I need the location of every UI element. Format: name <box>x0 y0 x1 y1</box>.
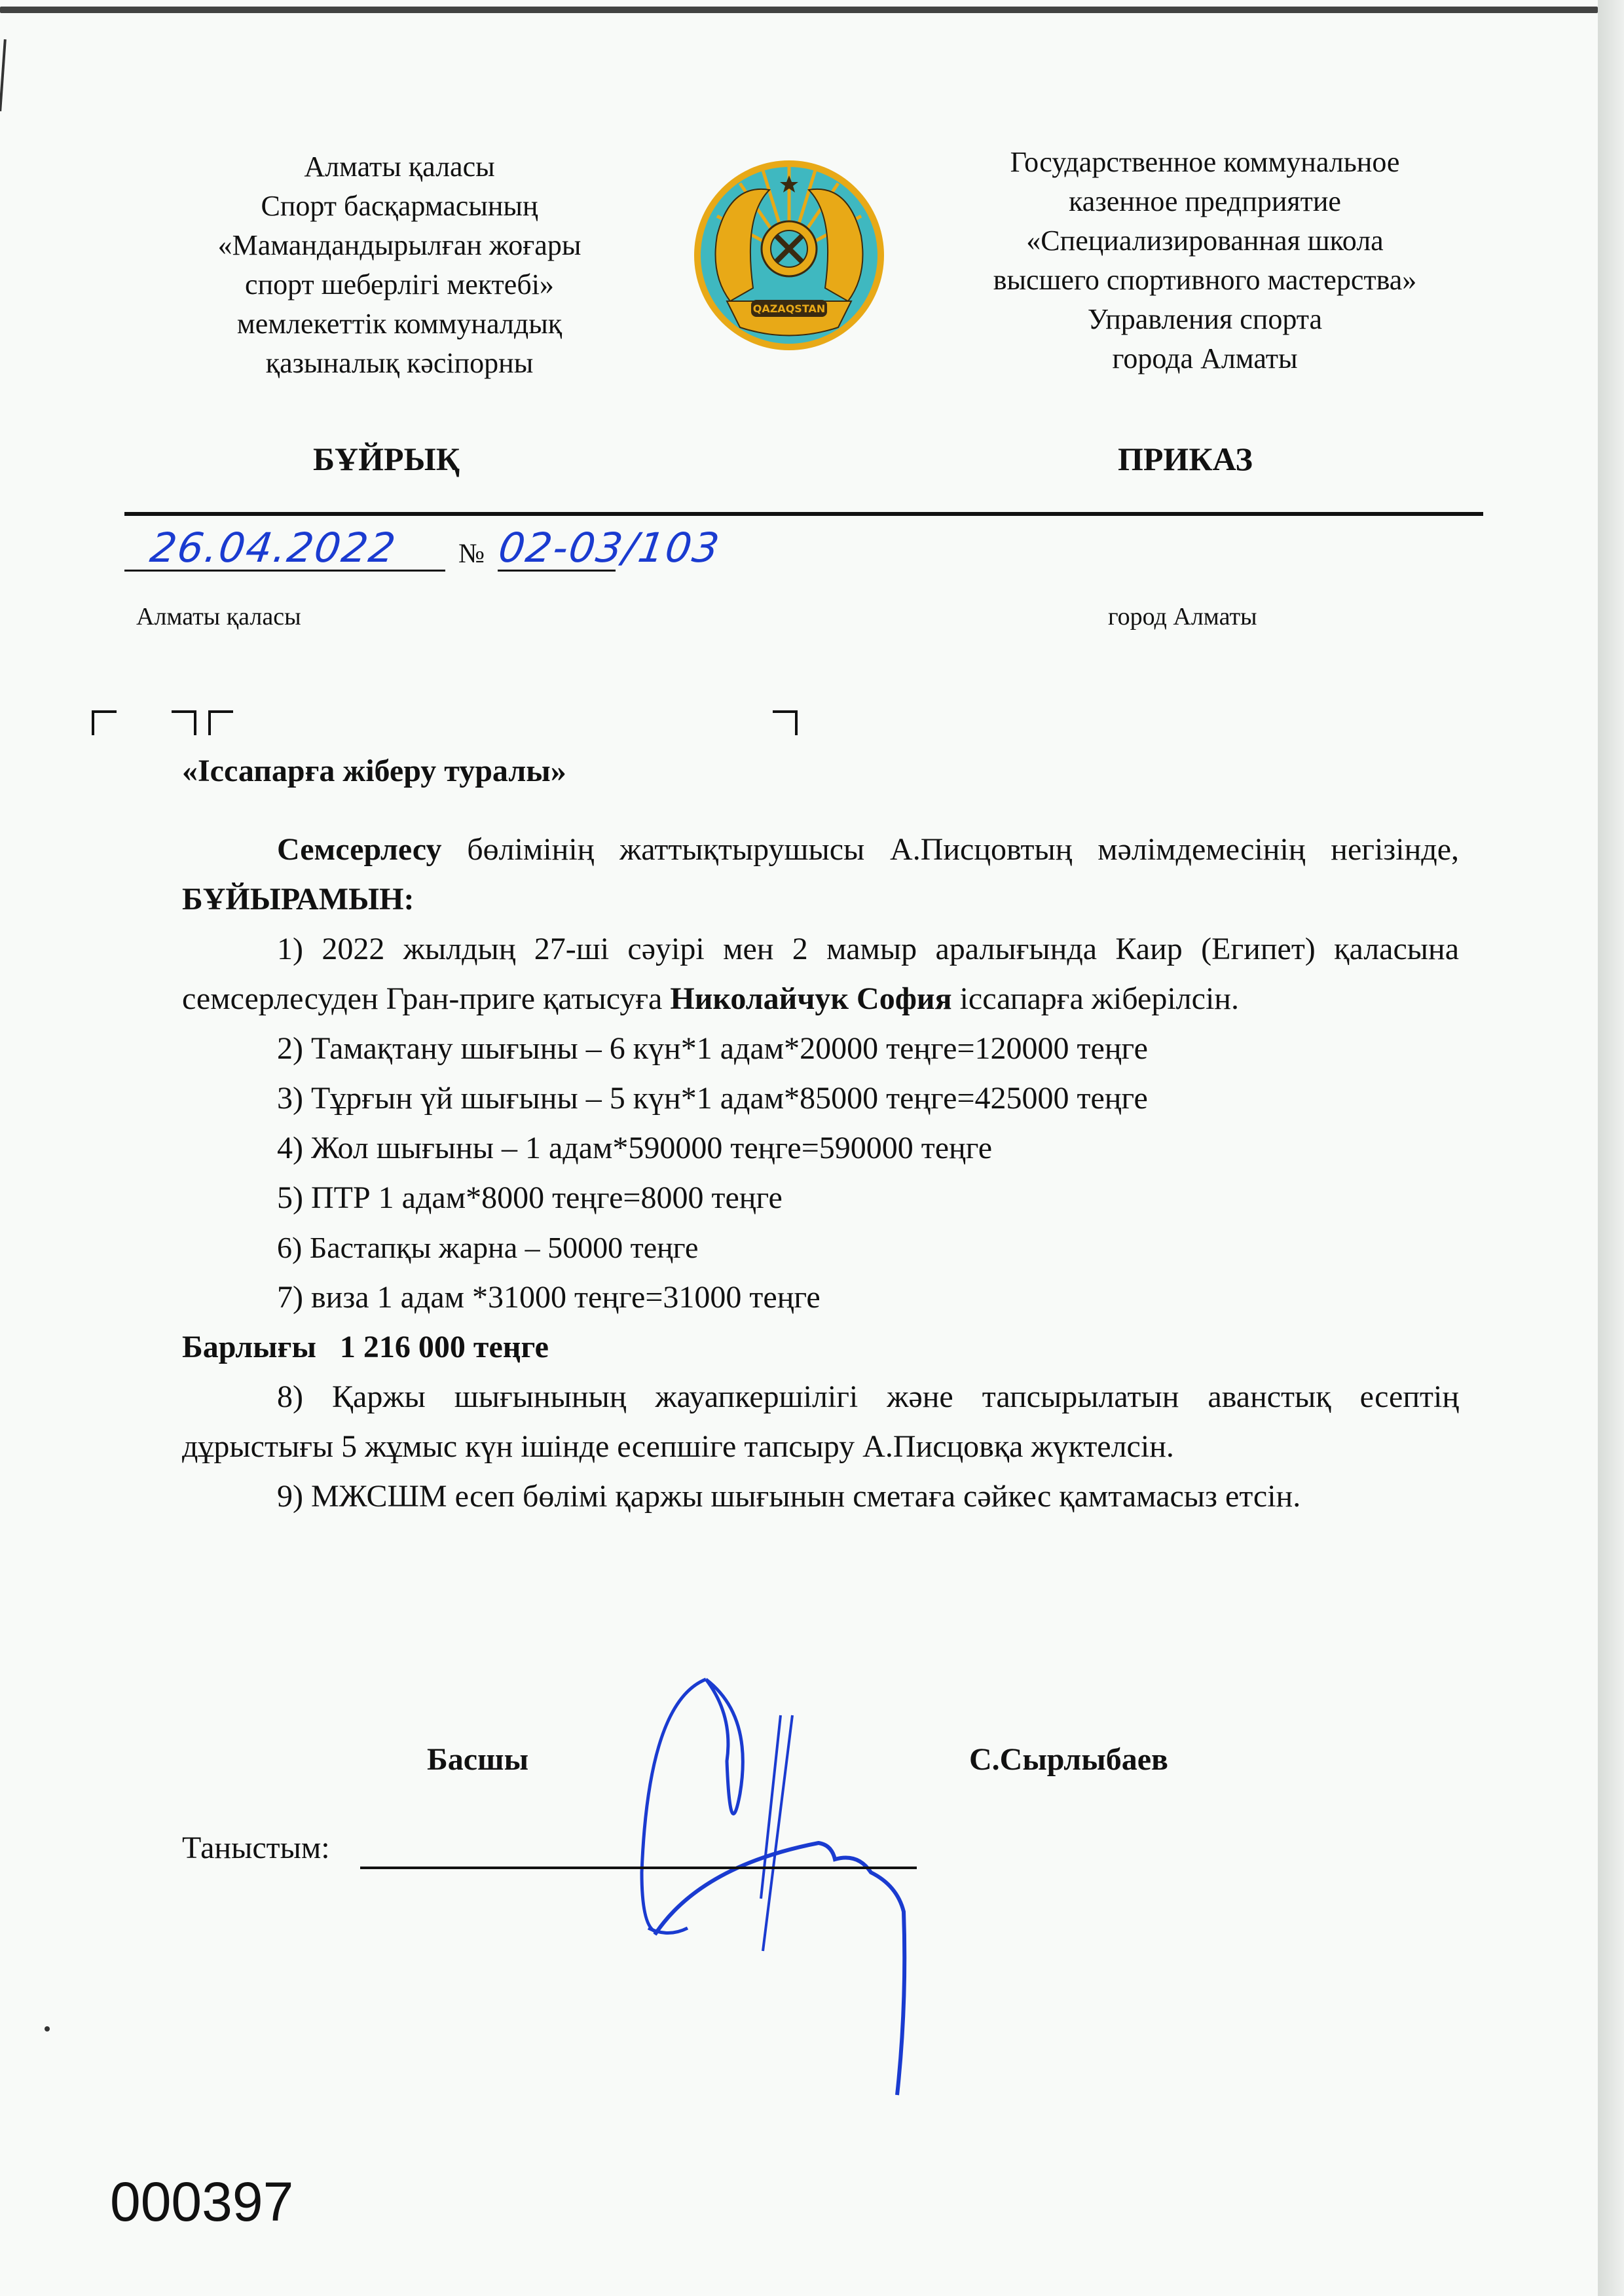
header-ru-line: города Алматы <box>923 339 1486 378</box>
city-ru: город Алматы <box>1108 602 1257 631</box>
corner-mark <box>172 710 196 735</box>
document-serial-number: 000397 <box>110 2170 293 2234</box>
corner-mark <box>92 710 117 735</box>
header-kz-line: мемлекеттік коммуналдық <box>151 304 648 344</box>
handwritten-order-number: 02-03/103 <box>496 524 724 572</box>
acknowledged-label: Таныстым: <box>182 1830 330 1866</box>
header-ru-line: Управления спорта <box>923 300 1486 339</box>
scan-margin-mark <box>0 39 7 111</box>
item-2: 2) Тамақтану шығыны – 6 күн*1 адам*20000… <box>182 1024 1459 1074</box>
header-kz-line: спорт шеберлігі мектебі» <box>151 265 648 304</box>
item-1: 1) 2022 жылдың 27-ші сәуірі мен 2 мамыр … <box>182 924 1459 1024</box>
order-keyword: БҰЙЫРАМЫН: <box>182 882 414 917</box>
athlete-name: Николайчук София <box>670 981 951 1016</box>
item-8: 8) Қаржы шығынының жауапкершілігі және т… <box>182 1372 1459 1472</box>
title-ru: ПРИКАЗ <box>1118 440 1253 478</box>
header-ru-line: Государственное коммунальное <box>923 143 1486 182</box>
item-6: 6) Бастапқы жарна – 50000 теңге <box>182 1223 1459 1273</box>
item-7: 7) виза 1 адам *31000 теңге=31000 теңге <box>182 1273 1459 1322</box>
signatory-role: Басшы <box>427 1741 528 1777</box>
order-subject: «Іссапарға жіберу туралы» <box>182 753 566 789</box>
scan-speck <box>45 2026 50 2032</box>
corner-mark <box>773 710 798 735</box>
kazakhstan-emblem-icon: QAZAQSTAN <box>691 157 887 354</box>
header-ru-organization: Государственное коммунальное казенное пр… <box>923 143 1486 378</box>
item-1-text-end: іссапарға жіберілсін. <box>952 981 1239 1016</box>
department-name: Семсерлесу <box>277 832 441 867</box>
corner-mark <box>208 710 233 735</box>
handwritten-date: 26.04.2022 <box>147 524 399 572</box>
handwritten-signature <box>609 1676 1067 2187</box>
title-kz: БҰЙРЫҚ <box>313 440 460 478</box>
item-9: 9) МЖСШМ есеп бөлімі қаржы шығынын смета… <box>182 1472 1459 1522</box>
city-kz: Алматы қаласы <box>136 602 301 631</box>
header-ru-line: казенное предприятие <box>923 182 1486 221</box>
svg-text:QAZAQSTAN: QAZAQSTAN <box>753 302 826 315</box>
acknowledged-signature-line <box>360 1867 917 1869</box>
total-amount: Барлығы 1 216 000 теңге <box>182 1322 1459 1372</box>
order-body: Семсерлесу бөлімінің жаттықтырушысы А.Пи… <box>182 825 1459 1522</box>
scan-right-edge <box>1598 0 1624 2296</box>
item-4: 4) Жол шығыны – 1 адам*590000 теңге=5900… <box>182 1123 1459 1173</box>
header-kz-line: Спорт басқармасының <box>151 187 648 226</box>
header-ru-line: «Специализированная школа <box>923 221 1486 261</box>
scan-top-edge <box>0 7 1598 13</box>
document-page: Алматы қаласы Спорт басқармасының «Маман… <box>0 0 1598 2296</box>
intro-text: бөлімінің жаттықтырушысы А.Писцовтың мәл… <box>441 832 1459 867</box>
header-kz-line: қазыналық кәсіпорны <box>151 344 648 383</box>
header-ru-line: высшего спортивного мастерства» <box>923 261 1486 300</box>
header-kz-line: «Мамандандырылған жоғары <box>151 226 648 265</box>
item-3: 3) Тұрғын үй шығыны – 5 күн*1 адам*85000… <box>182 1074 1459 1123</box>
number-sign: № <box>458 538 485 570</box>
intro-paragraph: Семсерлесу бөлімінің жаттықтырушысы А.Пи… <box>182 825 1459 924</box>
header-kz-line: Алматы қаласы <box>151 147 648 187</box>
item-5: 5) ПТР 1 адам*8000 теңге=8000 теңге <box>182 1173 1459 1223</box>
header-divider <box>124 512 1483 516</box>
header-kz-organization: Алматы қаласы Спорт басқармасының «Маман… <box>151 147 648 383</box>
